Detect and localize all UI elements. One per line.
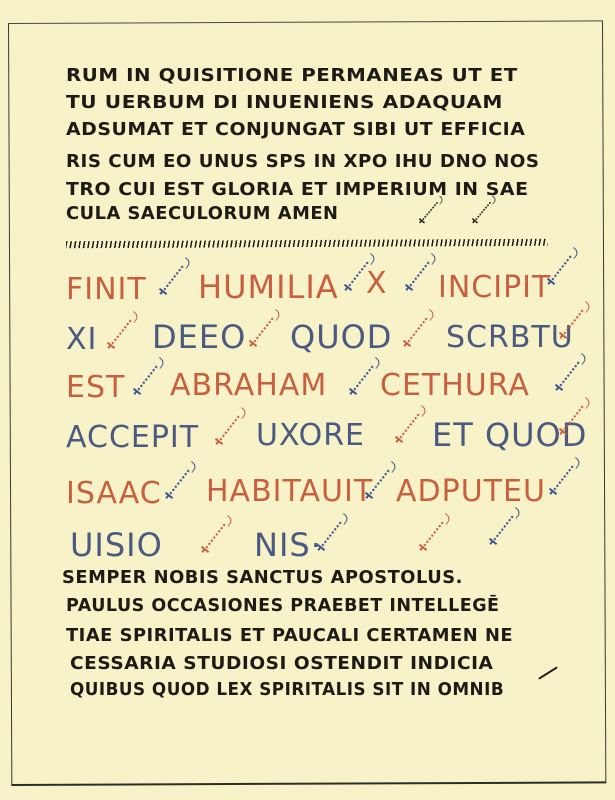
rubric-word: habitauit (206, 474, 373, 509)
text-line: quibus quod lex spiritalis sit in omnib (70, 680, 504, 700)
rubric-word: uxore (256, 418, 365, 453)
rubric-word: Finit (66, 272, 147, 307)
rubric-word: uisio (70, 526, 163, 564)
rubric-word: isaac (66, 476, 162, 511)
rubric-word: abraham (170, 368, 327, 403)
text-line: tiae spiritalis et paucali certamen ne (66, 626, 513, 646)
text-line: cula saeculorum amen (66, 204, 338, 224)
rubric-word: scrbtu (446, 320, 574, 355)
text-line: tro cui est gloria et imperium in sae (66, 180, 529, 200)
text-line: cessaria studiosi ostendit indicia (70, 654, 493, 674)
text-line: rum in quisitione permaneas ut et (66, 66, 518, 86)
rubric-word: adputeu (396, 474, 546, 509)
text-line: tu uerbum di inueniens adaquam (66, 93, 503, 113)
rubric-word: accepit (66, 420, 199, 455)
text-line: ris cum eo unus sps in xpo ihu dno nos (66, 152, 540, 172)
rubric-word: deeo (152, 318, 246, 356)
rubric-word: quod (290, 318, 392, 356)
text-line: Paulus occasiones praebet intellegē (66, 596, 500, 616)
rubric-word: nis· (254, 526, 322, 564)
rubric-word: x (366, 266, 388, 301)
text-line: Semper nobis sanctus apostolus. (62, 568, 463, 588)
rubric-word: humilia (198, 268, 339, 306)
rubric-word: incipit (438, 270, 551, 305)
text-line: adsumat et conjungat sibi ut efficia (66, 120, 525, 140)
rubric-word: est (66, 370, 125, 405)
rubric-word: xi (66, 322, 97, 357)
rubric-word: et quod (432, 416, 587, 454)
rubric-word: cethura (380, 368, 530, 403)
